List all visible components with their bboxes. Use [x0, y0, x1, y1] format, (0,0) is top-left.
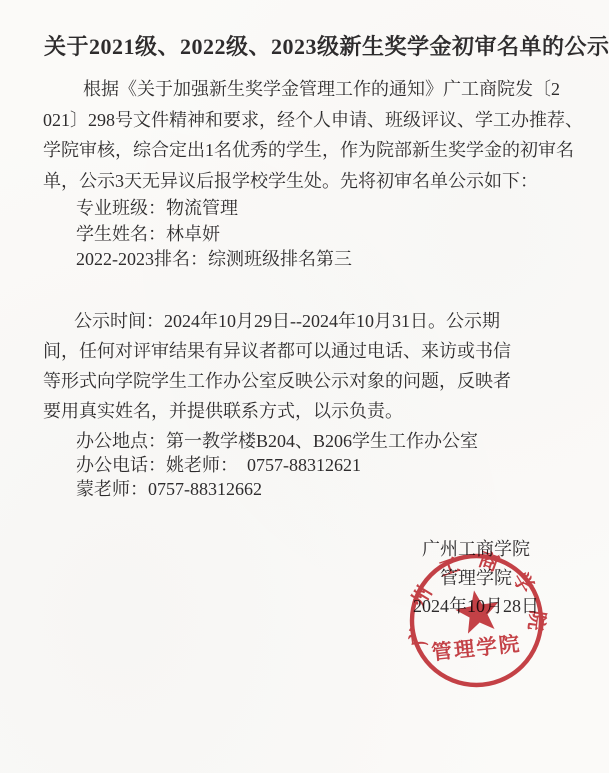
contact-info-block: 办公地点：第一教学楼B204、B206学生工作办公室办公电话：姚老师： 0757…: [76, 429, 478, 501]
text-line: 间，任何对评审结果有异议者都可以通过电话、来访或书信: [43, 336, 511, 366]
student-info-block: 专业班级：物流管理学生姓名：林卓妍2022-2023排名：综测班级排名第三: [76, 196, 352, 273]
text-line: 学生姓名：林卓妍: [76, 222, 352, 248]
intro-paragraph: 根据《关于加强新生奖学金管理工作的通知》广工商院发〔2021〕298号文件精神和…: [43, 74, 583, 196]
text-line: 学院审核，综合定出1名优秀的学生，作为院部新生奖学金的初审名: [43, 135, 583, 166]
text-line: 办公地点：第一教学楼B204、B206学生工作办公室: [76, 429, 478, 453]
official-seal-stamp: 广州工商学院 管理学院: [405, 549, 549, 693]
text-line: 专业班级：物流管理: [76, 196, 352, 222]
scanned-document-page: 关于2021级、2022级、2023级新生奖学金初审名单的公示 根据《关于加强新…: [0, 0, 609, 773]
document-title: 关于2021级、2022级、2023级新生奖学金初审名单的公示: [44, 30, 609, 61]
text-line: 单，公示3天无异议后报学校学生处。先将初审名单公示如下：: [43, 166, 583, 197]
text-line: 蒙老师：0757-88312662: [76, 477, 478, 501]
stamp-bottom-text: 管理学院: [430, 631, 522, 664]
text-line: 等形式向学院学生工作办公室反映公示对象的问题，反映者: [43, 366, 511, 396]
publicity-period-paragraph: 公示时间：2024年10月29日--2024年10月31日。公示期间，任何对评审…: [43, 306, 511, 426]
text-line: 公示时间：2024年10月29日--2024年10月31日。公示期: [43, 306, 511, 336]
text-line: 2022-2023排名：综测班级排名第三: [76, 247, 352, 273]
text-line: 021〕298号文件精神和要求，经个人申请、班级评议、学工办推荐、: [43, 105, 583, 136]
text-line: 办公电话：姚老师： 0757-88312621: [76, 453, 478, 477]
text-line: 根据《关于加强新生奖学金管理工作的通知》广工商院发〔2: [43, 74, 583, 105]
star-icon: [452, 587, 502, 636]
text-line: 要用真实姓名，并提供联系方式，以示负责。: [43, 396, 511, 426]
